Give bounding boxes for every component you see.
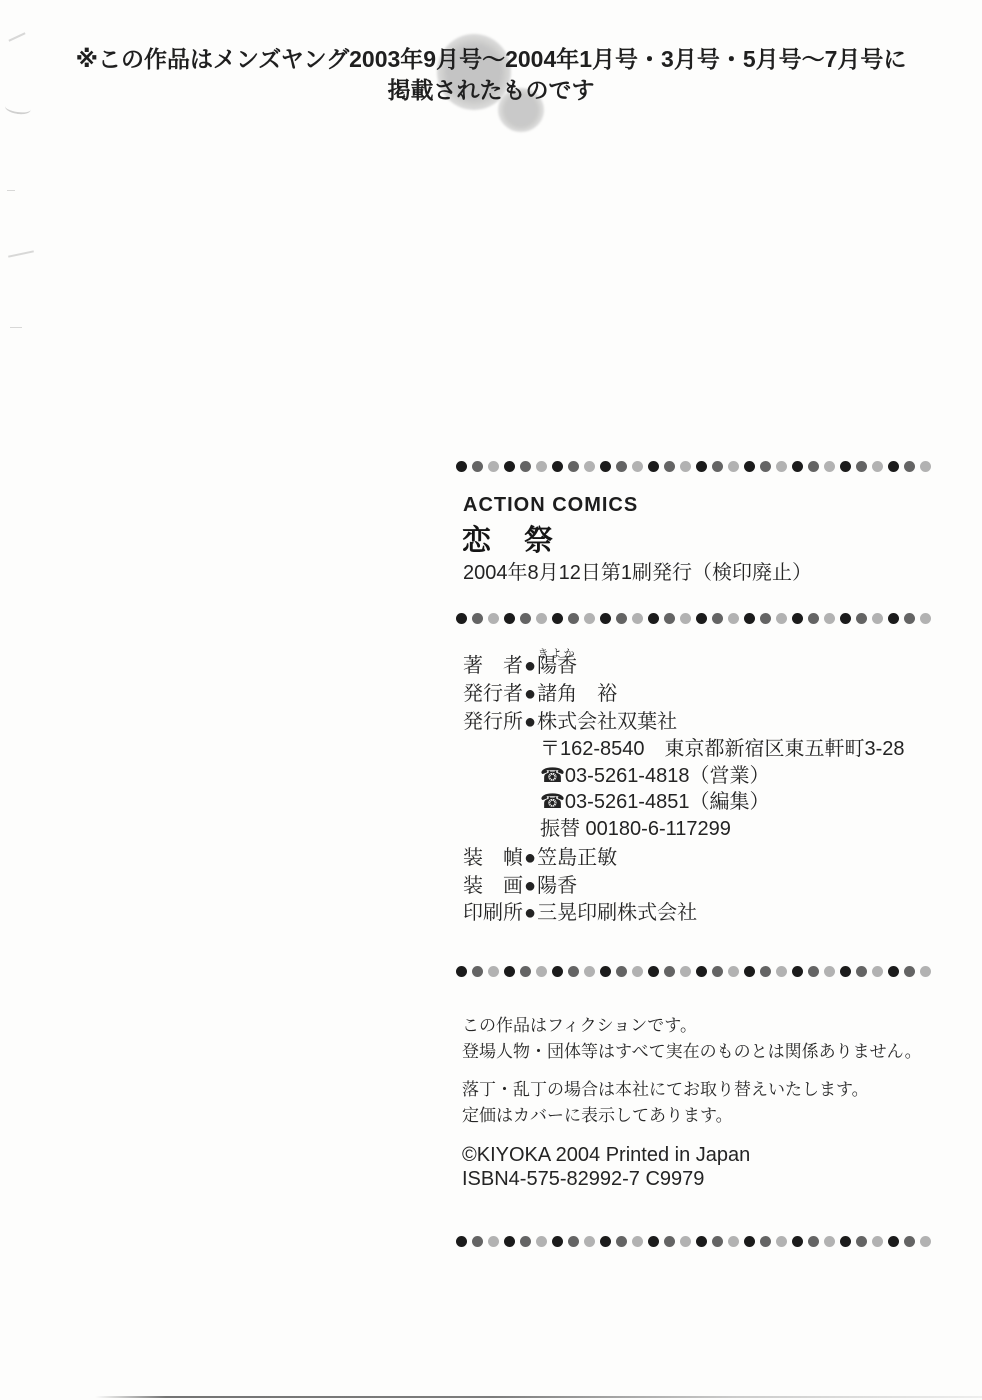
author-furigana: きよか [537,640,577,668]
separator-dot [504,966,515,977]
publisher-contact-block: 〒162-8540 東京都新宿区東五軒町3-28 ☎03-5261-4818（営… [463,736,905,842]
separator-dot [568,613,579,624]
separator-dot [616,613,627,624]
replacement-disclaimer-line2: 定価はカバーに表示してあります。 [462,1103,869,1129]
separator-dot [536,613,547,624]
page-edge-artifact [95,1396,982,1398]
separator-dot [824,966,835,977]
separator-dot [472,613,483,624]
separator-dot [744,1236,755,1247]
separator-dot [552,1236,563,1247]
copyright-line: ©KIYOKA 2004 Printed in Japan [462,1143,750,1167]
separator-dot [648,461,659,472]
scan-scratch [10,327,22,328]
separator-dot [888,1236,899,1247]
separator-dot [584,1236,595,1247]
credit-row-printer: 印刷所●三晃印刷株式会社 [463,900,697,928]
separator-dot [904,461,915,472]
postal-address: 〒162-8540 東京都新宿区東五軒町3-28 [540,736,905,763]
separator-dot [776,1236,787,1247]
production-credits-block: 装 幀●笠島正敏 装 画●陽香 印刷所●三晃印刷株式会社 [463,845,697,928]
separator-dot [600,966,611,977]
isbn-line: ISBN4-575-82992-7 C9979 [462,1167,750,1191]
separator-dot [648,613,659,624]
separator-dot [808,461,819,472]
separator-dot [792,461,803,472]
separator-dot [632,1236,643,1247]
separator-dot [712,461,723,472]
scan-scratch [7,190,15,191]
separator-dot [760,966,771,977]
separator-dot [488,966,499,977]
credit-label: 装 画 [463,875,523,897]
book-title: 恋 祭 [462,518,555,559]
scan-scratch [8,32,25,41]
separator-dot [904,613,915,624]
separator-dot [664,1236,675,1247]
separator-dot [744,461,755,472]
credit-bullet: ● [523,683,537,705]
separator-dot [760,613,771,624]
separator-dot [840,1236,851,1247]
separator-dot [584,461,595,472]
separator-dot [696,1236,707,1247]
separator-dot [456,613,467,624]
separator-dot [664,966,675,977]
separator-dot [696,613,707,624]
separator-dot [568,461,579,472]
separator-dot [584,613,595,624]
separator-dot [872,1236,883,1247]
separator-dot [520,966,531,977]
separator-dot [904,1236,915,1247]
credit-bullet: ● [523,902,537,924]
separator-dot [776,966,787,977]
separator-dot [840,613,851,624]
separator-dot [808,1236,819,1247]
separator-dot [616,461,627,472]
dotted-separator-3 [456,964,944,975]
separator-dot [552,461,563,472]
separator-dot [504,1236,515,1247]
separator-dot [680,461,691,472]
dotted-separator-1 [456,459,944,470]
separator-dot [632,613,643,624]
separator-dot [888,461,899,472]
separator-dot [696,461,707,472]
separator-dot [472,966,483,977]
separator-dot [920,1236,931,1247]
imprint-label: ACTION COMICS [463,494,638,517]
separator-dot [872,613,883,624]
separator-dot [680,1236,691,1247]
separator-dot [888,966,899,977]
separator-dot [856,613,867,624]
separator-dot [760,1236,771,1247]
separator-dot [856,461,867,472]
credits-block: 著 者●きよか陽香 発行者●諸角 裕 発行所●株式会社双葉社 [463,652,677,736]
publisher-company-name: 株式会社双葉社 [537,711,677,733]
credit-row-binding-design: 装 幀●笠島正敏 [463,845,697,873]
replacement-disclaimer-line1: 落丁・乱丁の場合は本社にてお取り替えいたします。 [462,1077,869,1103]
dotted-separator-2 [456,611,944,622]
serialization-note-line2: 掲載されたものです [0,75,982,106]
separator-dot [616,1236,627,1247]
separator-dot [792,966,803,977]
credit-row-author: 著 者●きよか陽香 [463,652,677,680]
phone-editorial: ☎03-5261-4851（編集） [540,789,905,816]
separator-dot [696,966,707,977]
separator-dot [600,461,611,472]
separator-dot [712,1236,723,1247]
edition-line: 2004年8月12日第1刷発行（検印廃止） [463,556,812,585]
phone-sales: ☎03-5261-4818（営業） [540,763,905,790]
fiction-disclaimer: この作品はフィクションです。 登場人物・団体等はすべて実在のものとは関係ありませ… [462,1013,922,1064]
credit-label: 印刷所 [463,902,523,924]
separator-dot [856,1236,867,1247]
separator-dot [488,1236,499,1247]
scanned-colophon-page: ※この作品はメンズヤング2003年9月号～2004年1月号・3月号・5月号～7月… [0,0,982,1400]
separator-dot [504,461,515,472]
separator-dot [552,613,563,624]
credit-row-publisher-person: 発行者●諸角 裕 [463,680,677,708]
separator-dot [648,1236,659,1247]
publisher-person-name: 諸角 裕 [537,683,617,705]
separator-dot [584,966,595,977]
separator-dot [568,1236,579,1247]
separator-dot [632,461,643,472]
separator-dot [680,966,691,977]
separator-dot [456,1236,467,1247]
separator-dot [792,1236,803,1247]
serialization-note: ※この作品はメンズヤング2003年9月号～2004年1月号・3月号・5月号～7月… [0,44,982,106]
separator-dot [520,1236,531,1247]
credit-bullet: ● [523,655,537,677]
separator-dot [824,461,835,472]
separator-dot [824,613,835,624]
separator-dot [776,613,787,624]
separator-dot [872,461,883,472]
separator-dot [488,613,499,624]
separator-dot [600,1236,611,1247]
separator-dot [600,613,611,624]
dotted-separator-4 [456,1234,944,1245]
separator-dot [792,613,803,624]
cover-artist-name: 陽香 [537,875,577,897]
binding-designer-name: 笠島正敏 [537,847,617,869]
separator-dot [824,1236,835,1247]
separator-dot [728,966,739,977]
separator-dot [840,461,851,472]
credit-row-publisher-company: 発行所●株式会社双葉社 [463,708,677,736]
separator-dot [520,461,531,472]
separator-dot [456,966,467,977]
postal-transfer: 振替 00180-6-117299 [540,816,905,843]
separator-dot [664,461,675,472]
credit-bullet: ● [523,847,537,869]
credit-row-cover-art: 装 画●陽香 [463,873,697,901]
separator-dot [840,966,851,977]
separator-dot [920,461,931,472]
fiction-disclaimer-line1: この作品はフィクションです。 [462,1013,922,1039]
credit-label: 著 者 [463,655,523,677]
separator-dot [872,966,883,977]
separator-dot [488,461,499,472]
separator-dot [536,966,547,977]
credit-bullet: ● [523,711,537,733]
printer-company-name: 三晃印刷株式会社 [537,902,697,924]
separator-dot [552,966,563,977]
separator-dot [504,613,515,624]
separator-dot [744,613,755,624]
separator-dot [904,966,915,977]
separator-dot [728,613,739,624]
separator-dot [712,966,723,977]
separator-dot [680,613,691,624]
separator-dot [632,966,643,977]
separator-dot [920,613,931,624]
copyright-block: ©KIYOKA 2004 Printed in Japan ISBN4-575-… [462,1143,750,1191]
separator-dot [520,613,531,624]
separator-dot [536,461,547,472]
credit-bullet: ● [523,875,537,897]
separator-dot [744,966,755,977]
separator-dot [472,1236,483,1247]
author-value: きよか陽香 [537,652,577,680]
separator-dot [648,966,659,977]
separator-dot [472,461,483,472]
separator-dot [728,461,739,472]
credit-label: 装 幀 [463,847,523,869]
separator-dot [712,613,723,624]
separator-dot [920,966,931,977]
separator-dot [728,1236,739,1247]
separator-dot [456,461,467,472]
replacement-disclaimer: 落丁・乱丁の場合は本社にてお取り替えいたします。 定価はカバーに表示してあります… [462,1077,869,1128]
separator-dot [856,966,867,977]
separator-dot [776,461,787,472]
serialization-note-line1: ※この作品はメンズヤング2003年9月号～2004年1月号・3月号・5月号～7月… [0,44,982,75]
separator-dot [536,1236,547,1247]
scan-scratch [8,250,34,257]
separator-dot [568,966,579,977]
fiction-disclaimer-line2: 登場人物・団体等はすべて実在のものとは関係ありません。 [462,1039,922,1065]
separator-dot [888,613,899,624]
separator-dot [664,613,675,624]
separator-dot [616,966,627,977]
credit-label: 発行所 [463,711,523,733]
separator-dot [760,461,771,472]
separator-dot [808,966,819,977]
credit-label: 発行者 [463,683,523,705]
separator-dot [808,613,819,624]
